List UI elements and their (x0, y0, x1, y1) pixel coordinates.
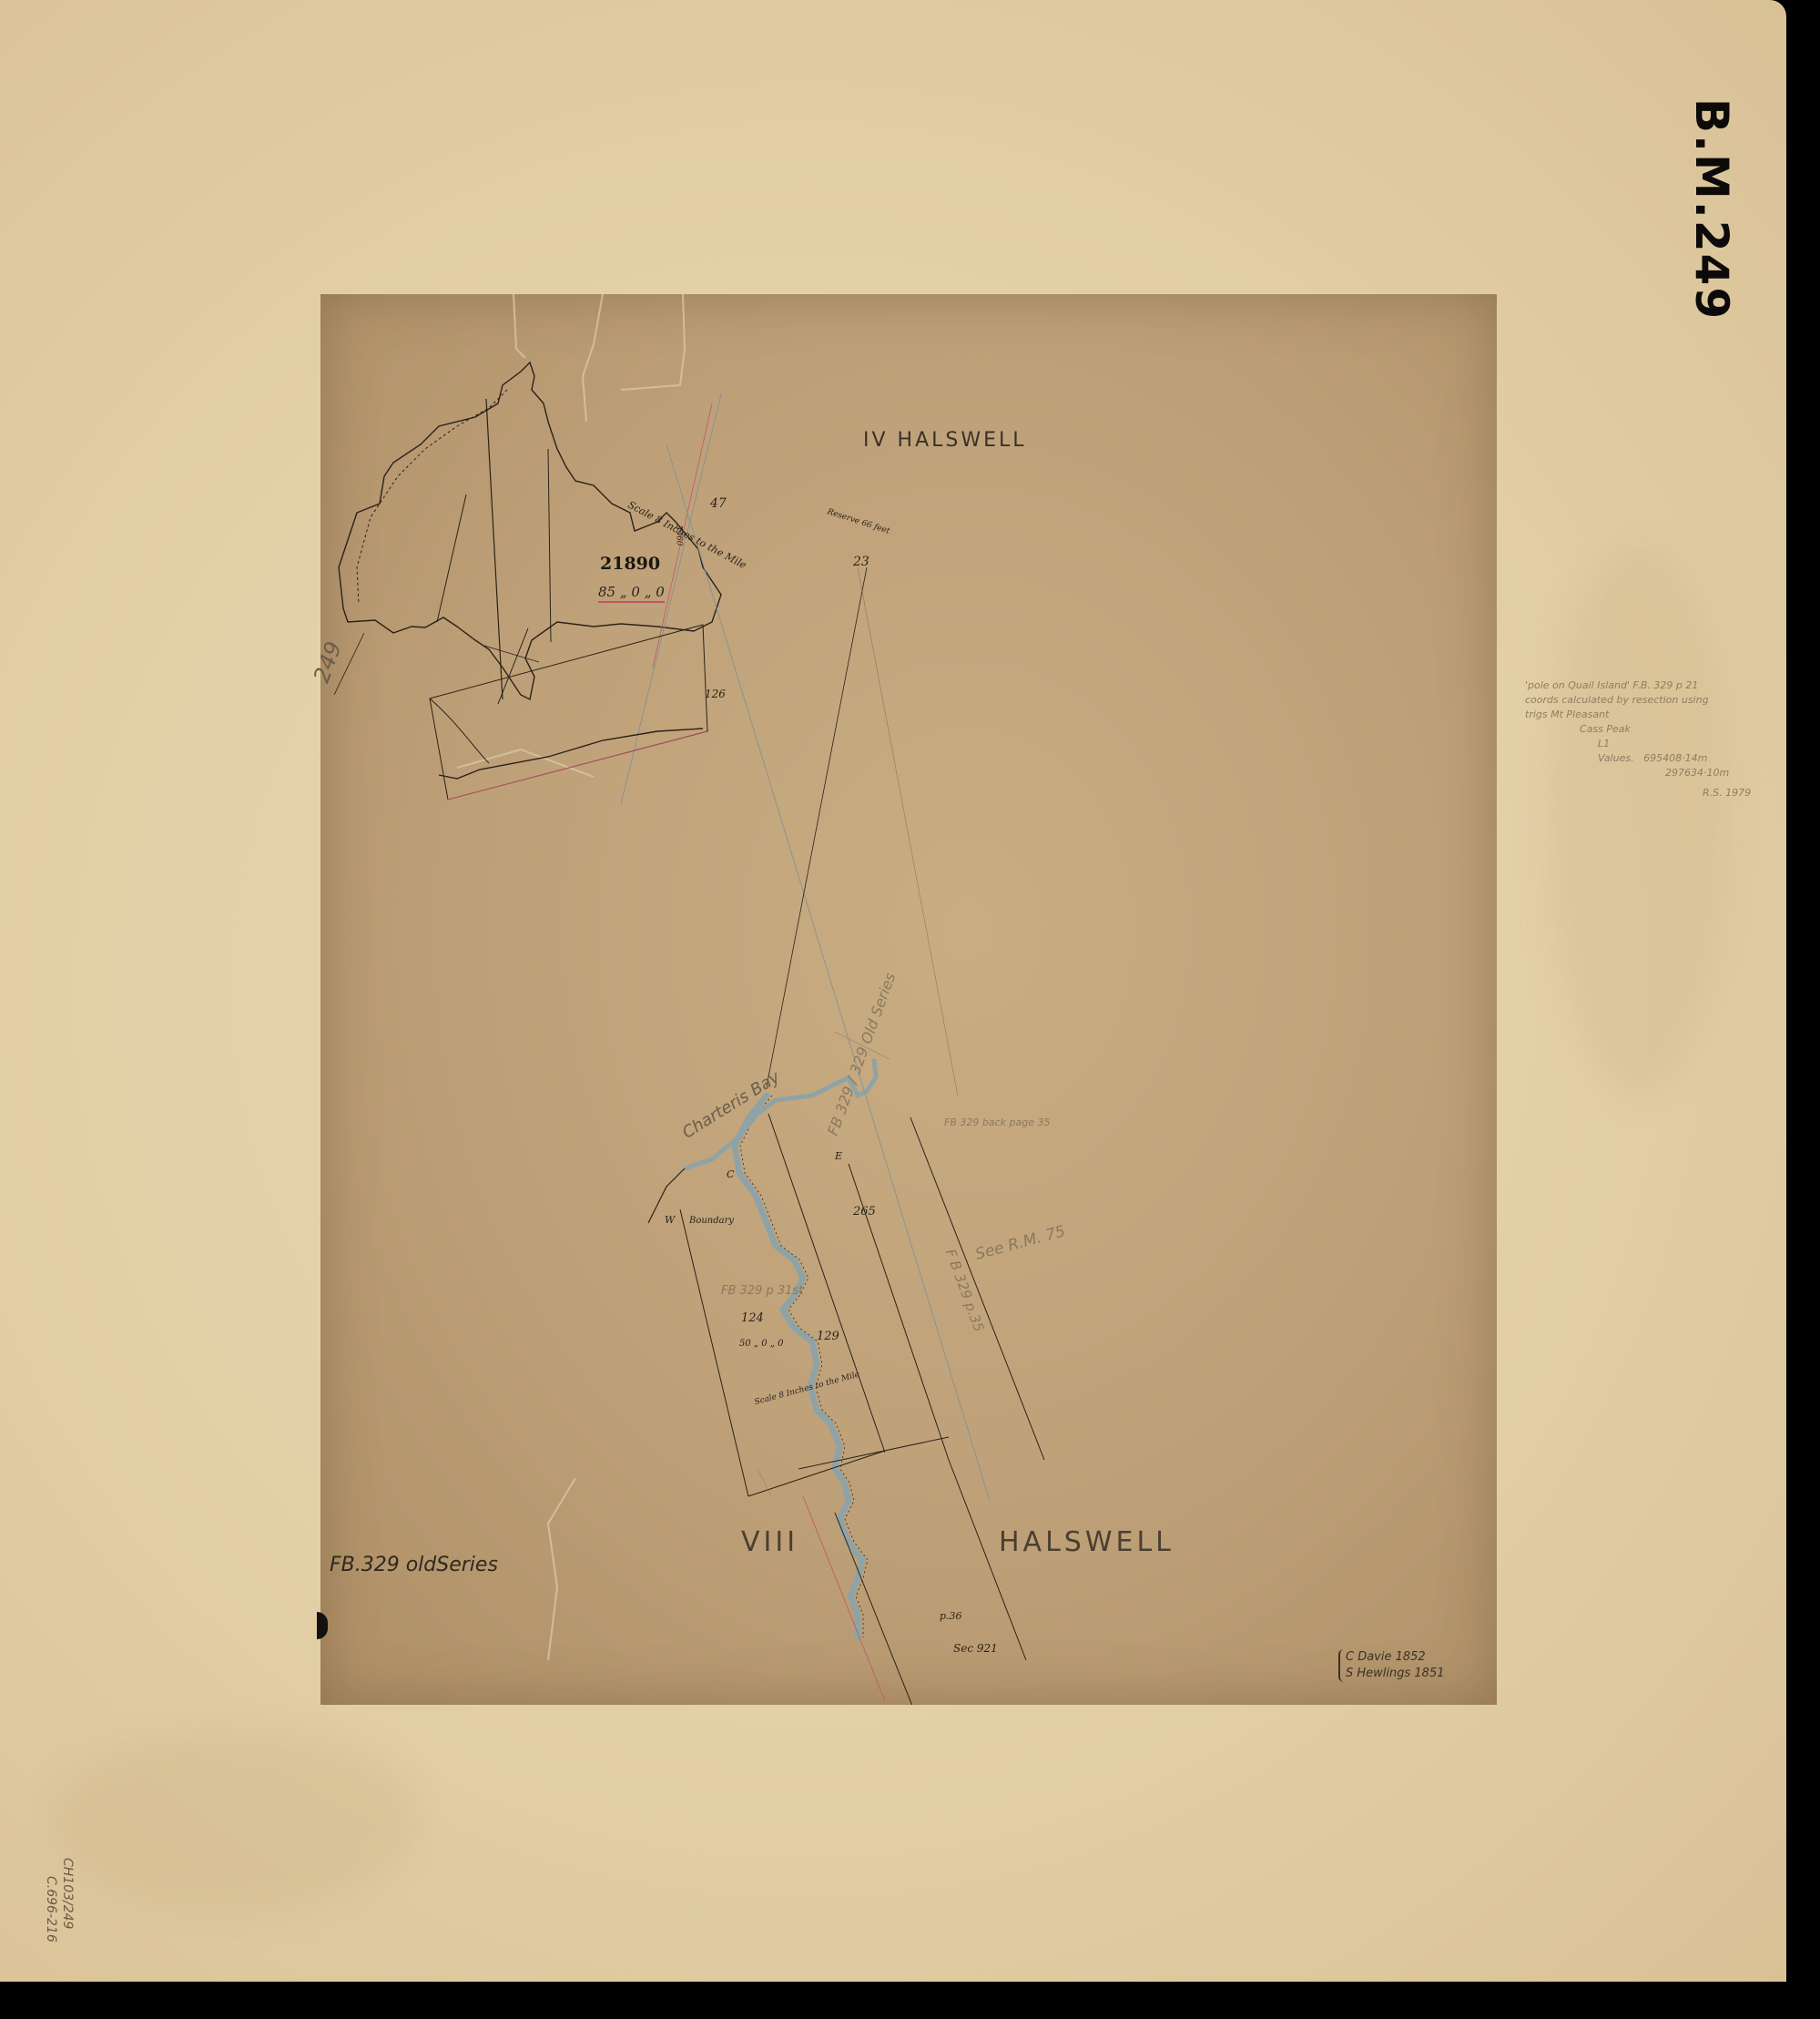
district-label-iv-halswell: IV HALSWELL (863, 429, 1027, 452)
surveyor-credit: S Hewlings 1851 (1346, 1666, 1445, 1682)
reference-code: B.M.249 (1685, 98, 1738, 321)
survey-point-w: W (665, 1214, 675, 1226)
field-book-note: FB.329 oldSeries (330, 1554, 498, 1576)
map-linework (320, 294, 1497, 1705)
middle-parcel (334, 625, 707, 800)
district-label-halswell: HALSWELL (999, 1526, 1174, 1558)
map-sheet: IV HALSWELL 21890 85 „ 0 „ 0 Scale 8 Inc… (320, 294, 1497, 1705)
boundary-note: Boundary (689, 1216, 734, 1226)
note-signature: R.S. 1979 (1525, 786, 1780, 800)
fb-reference: Sec 921 (953, 1642, 998, 1655)
note-line: coords calculated by resection using (1525, 693, 1780, 708)
catalog-mark: C.696-216 (44, 1876, 58, 1943)
lot-area: 50 „ 0 „ 0 (739, 1339, 784, 1349)
stain (55, 1730, 419, 1912)
note-line: Cass Peak (1525, 722, 1780, 737)
fb-reference: FB 329 p 31st (721, 1284, 803, 1298)
section-area: 85 „ 0 „ 0 (598, 584, 665, 603)
margin-note: 'pole on Quail Island' F.B. 329 p 21 coo… (1525, 678, 1780, 800)
lot-number: 23 (853, 555, 869, 569)
reference-code-label: B.M.249 (1684, 91, 1739, 328)
stain (1548, 546, 1730, 1093)
fb-reference: FB 329 back page 35 (944, 1117, 1050, 1128)
mounting-board: B.M.249 'pole on Quail Island' F.B. 329 … (0, 0, 1786, 1982)
surveyor-credits: C Davie 1852 S Hewlings 1851 (1338, 1649, 1445, 1682)
note-line: 'pole on Quail Island' F.B. 329 p 21 (1525, 678, 1780, 693)
surveyor-credit: C Davie 1852 (1346, 1649, 1445, 1666)
lot-number: 47 (710, 496, 727, 511)
lot-number: 265 (853, 1205, 876, 1219)
values-label: Values. (1598, 752, 1634, 764)
chainage-label: 3560 (674, 525, 684, 546)
district-label-viii: VIII (741, 1526, 798, 1558)
value-northing: 297634·10m (1525, 766, 1780, 780)
fb-reference: p.36 (940, 1610, 962, 1622)
note-line: L1 (1525, 737, 1780, 751)
survey-point-e: E (835, 1150, 842, 1162)
catalog-marks: CH103/249 C.696-216 (44, 1849, 107, 1976)
value-easting: 695408·14m (1643, 752, 1707, 764)
lot-number: 124 (741, 1311, 764, 1325)
lower-lot-lines (680, 1114, 1044, 1705)
lot-number: 129 (817, 1330, 839, 1343)
note-line: trigs Mt Pleasant (1525, 708, 1780, 722)
section-number: 21890 (600, 554, 660, 574)
catalog-mark: CH103/249 (60, 1858, 75, 1929)
survey-point-c: C (727, 1168, 734, 1180)
lot-number: 126 (705, 688, 726, 700)
